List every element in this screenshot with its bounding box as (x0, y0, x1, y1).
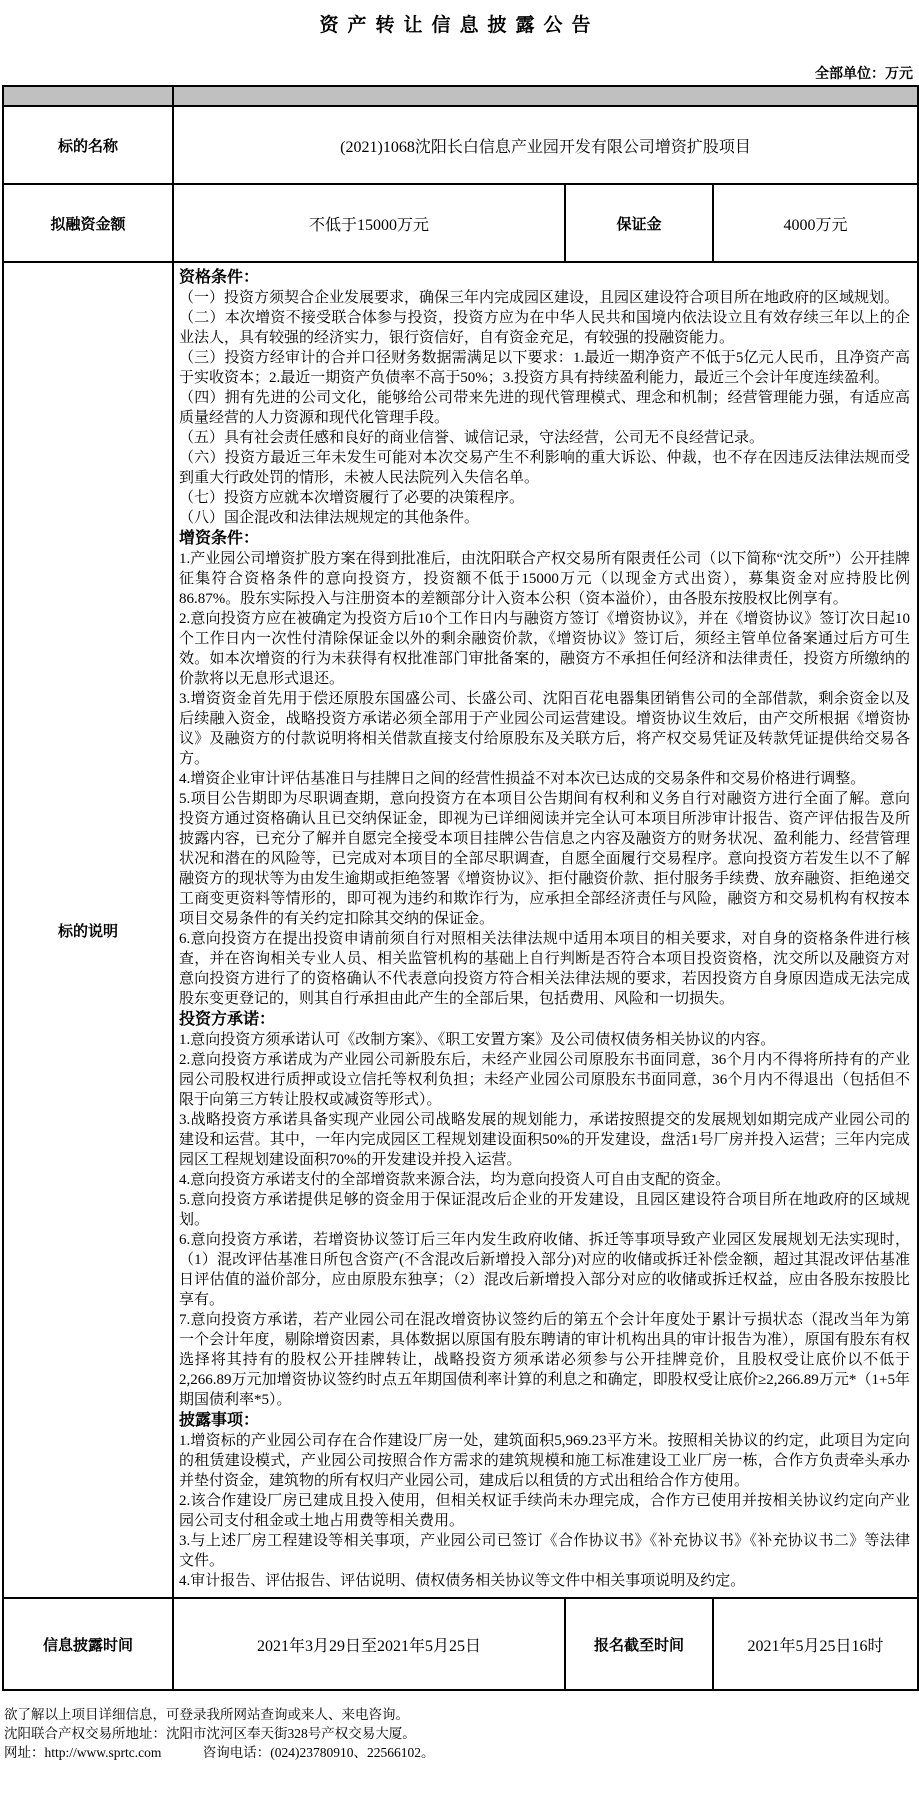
section-paragraph: （五）具有社会责任感和良好的商业信誉、诚信记录，守法经营，公司无不良经营记录。 (179, 428, 910, 448)
section-paragraph: （七）投资方应就本次增资履行了必要的决策程序。 (179, 488, 910, 508)
section-paragraph: （三）投资方经审计的合并口径财务数据需满足以下要求：1.最近一期净资产不低于5亿… (179, 348, 910, 388)
subject-name-label: 标的名称 (3, 106, 173, 184)
section-paragraph: 6.意向投资方在提出投资申请前须自行对照相关法律法规中适用本项目的相关要求，对自… (179, 929, 910, 1009)
section-paragraph: 6.意向投资方承诺，若增资协议签订后三年内发生政府收储、拆迁等事项导致产业园区发… (179, 1230, 910, 1310)
section-paragraph: 3.战略投资方承诺具备实现产业园公司战略发展的规划能力，承诺按照提交的发展规划如… (179, 1110, 910, 1170)
deposit-label: 保证金 (565, 184, 713, 262)
footer-phone: 咨询电话：(024)23780910、22566102。 (203, 1743, 435, 1762)
disclosure-time-value: 2021年3月29日至2021年5月25日 (173, 1598, 565, 1690)
table-header-cell-right (173, 86, 918, 106)
section-heading: 披露事项： (179, 1410, 910, 1431)
section-paragraph: 3.增资资金首先用于偿还原股东国盛公司、长盛公司、沈阳百花电器集团销售公司的全部… (179, 689, 910, 769)
table-header-row (3, 86, 918, 106)
section-paragraph: 4.意向投资方承诺支付的全部增资款来源合法，均为意向投资人可自由支配的资金。 (179, 1170, 910, 1190)
description-sections: 资格条件：（一）投资方须契合企业发展要求，确保三年内完成园区建设，且园区建设符合… (179, 267, 910, 1591)
section-paragraph: 4.审计报告、评估报告、评估说明、债权债务相关协议等文件中相关事项说明及约定。 (179, 1571, 910, 1591)
footer-notes: 欲了解以上项目详细信息，可登录我所网站查询或来人、来电咨询。 沈阳联合产权交易所… (4, 1705, 919, 1762)
section-paragraph: 5.意向投资方承诺提供足够的资金用于保证混改后企业的开发建设，且园区建设符合项目… (179, 1190, 910, 1230)
section-paragraph: 7.意向投资方承诺，若产业园公司在混改增资协议签约后的第五个会计年度处于累计亏损… (179, 1310, 910, 1410)
disclosure-time-row: 信息披露时间 2021年3月29日至2021年5月25日 报名截至时间 2021… (3, 1598, 918, 1690)
subject-name-row: 标的名称 (2021)1068沈阳长白信息产业园开发有限公司增资扩股项目 (3, 106, 918, 184)
financing-amount-value: 不低于15000万元 (173, 184, 565, 262)
section-paragraph: 2.意向投资方承诺成为产业园公司新股东后，未经产业园公司原股东书面同意，36个月… (179, 1050, 910, 1110)
section-paragraph: 4.增资企业审计评估基准日与挂牌日之间的经营性损益不对本次已达成的交易条件和交易… (179, 769, 910, 789)
section-paragraph: （八）国企混改和法律法规规定的其他条件。 (179, 508, 910, 528)
section-heading: 投资方承诺： (179, 1009, 910, 1030)
footer-line-info: 欲了解以上项目详细信息，可登录我所网站查询或来人、来电咨询。 (4, 1705, 919, 1724)
section-paragraph: 3.与上述厂房工程建设等相关事项，产业园公司已签订《合作协议书》《补充协议书》《… (179, 1531, 910, 1571)
section-paragraph: 1.意向投资方须承诺认可《改制方案》、《职工安置方案》及公司债权债务相关协议的内… (179, 1030, 910, 1050)
registration-deadline-value: 2021年5月25日16时 (713, 1598, 918, 1690)
financing-row: 拟融资金额 不低于15000万元 保证金 4000万元 (3, 184, 918, 262)
section-paragraph: （六）投资方最近三年未发生可能对本次交易产生不利影响的重大诉讼、仲裁，也不存在因… (179, 448, 910, 488)
subject-name-value: (2021)1068沈阳长白信息产业园开发有限公司增资扩股项目 (173, 106, 918, 184)
section-heading: 增资条件： (179, 528, 910, 549)
page-title: 资产转让信息披露公告 (0, 0, 919, 37)
section-paragraph: 2.意向投资方应在被确定为投资方后10个工作日内与融资方签订《增资协议》，并在《… (179, 609, 910, 689)
subject-description-label: 标的说明 (3, 262, 173, 1598)
section-paragraph: 1.产业园公司增资扩股方案在得到批准后，由沈阳联合产权交易所有限责任公司（以下简… (179, 549, 910, 609)
table-header-cell-left (3, 86, 173, 106)
disclosure-table: 标的名称 (2021)1068沈阳长白信息产业园开发有限公司增资扩股项目 拟融资… (2, 85, 919, 1691)
section-paragraph: （四）拥有先进的公司文化，能够给公司带来先进的现代管理模式、理念和机制；经营管理… (179, 388, 910, 428)
footer-line-address: 沈阳联合产权交易所地址：沈阳市沈河区奉天街328号产权交易大厦。 (4, 1724, 919, 1743)
disclosure-time-label: 信息披露时间 (3, 1598, 173, 1690)
subject-description-content: 资格条件：（一）投资方须契合企业发展要求，确保三年内完成园区建设，且园区建设符合… (173, 262, 918, 1598)
section-paragraph: （一）投资方须契合企业发展要求，确保三年内完成园区建设，且园区建设符合项目所在地… (179, 288, 910, 308)
footer-line-contact: 网址：http://www.sprtc.com 咨询电话：(024)237809… (4, 1743, 919, 1762)
section-heading: 资格条件： (179, 267, 910, 288)
section-paragraph: 5.项目公告期即为尽职调查期，意向投资方在本项目公告期间有权利和义务自行对融资方… (179, 789, 910, 929)
deposit-value: 4000万元 (713, 184, 918, 262)
section-paragraph: 1.增资标的产业园公司存在合作建设厂房一处，建筑面积5,969.23平方米。按照… (179, 1431, 910, 1491)
unit-note: 全部单位：万元 (0, 63, 919, 85)
footer-website: 网址：http://www.sprtc.com (4, 1743, 161, 1762)
registration-deadline-label: 报名截至时间 (565, 1598, 713, 1690)
financing-amount-label: 拟融资金额 (3, 184, 173, 262)
section-paragraph: 2.该合作建设厂房已建成且投入使用，但相关权证手续尚未办理完成，合作方已使用并按… (179, 1491, 910, 1531)
section-paragraph: （二）本次增资不接受联合体参与投资，投资方应为在中华人民共和国境内依法设立且有效… (179, 308, 910, 348)
subject-description-row: 标的说明 资格条件：（一）投资方须契合企业发展要求，确保三年内完成园区建设，且园… (3, 262, 918, 1598)
